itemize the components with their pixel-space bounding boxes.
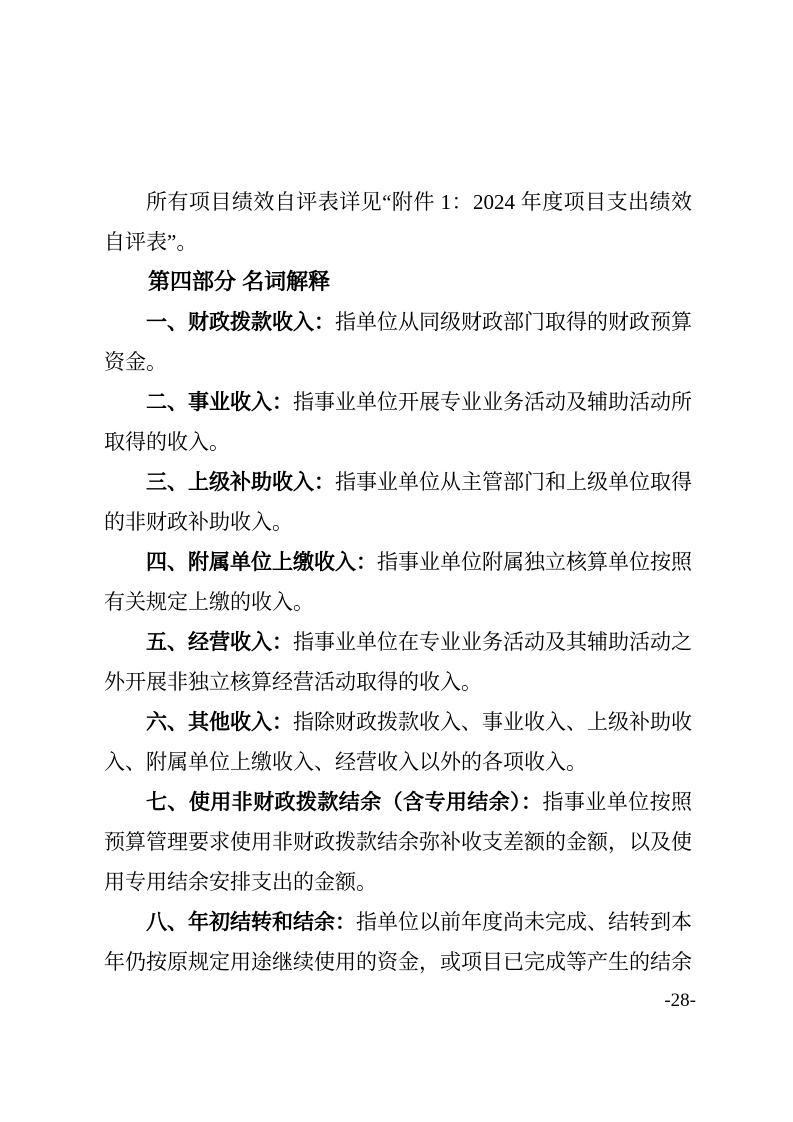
term-paragraph: 六、其他收入：指除财政拨款收入、事业收入、上级补助收入、附属单位上缴收入、经营收… [104,702,692,782]
page-body-text: 所有项目绩效自评表详见“附件 1：2024 年度项目支出绩效自评表”。 第四部分… [104,182,692,982]
section-heading: 第四部分 名词解释 [104,262,692,302]
page-number: -28- [664,990,696,1012]
term-label: 六、其他收入： [146,710,293,734]
term-paragraph: 五、经营收入：指事业单位在专业业务活动及其辅助活动之外开展非独立核算经营活动取得… [104,622,692,702]
term-label: 二、事业收入： [146,390,293,414]
term-paragraph: 三、上级补助收入：指事业单位从主管部门和上级单位取得的非财政补助收入。 [104,462,692,542]
term-label: 八、年初结转和结余： [146,910,356,934]
document-page: 所有项目绩效自评表详见“附件 1：2024 年度项目支出绩效自评表”。 第四部分… [0,0,793,1122]
term-label: 三、上级补助收入： [146,470,335,494]
term-paragraph: 七、使用非财政拨款结余（含专用结余）：指事业单位按照预算管理要求使用非财政拨款结… [104,782,692,902]
term-paragraph: 一、财政拨款收入：指单位从同级财政部门取得的财政预算资金。 [104,302,692,382]
term-paragraph: 二、事业收入：指事业单位开展专业业务活动及辅助活动所取得的收入。 [104,382,692,462]
term-label: 七、使用非财政拨款结余（含专用结余）： [146,790,542,814]
term-paragraph: 八、年初结转和结余：指单位以前年度尚未完成、结转到本年仍按原规定用途继续使用的资… [104,902,692,982]
intro-paragraph: 所有项目绩效自评表详见“附件 1：2024 年度项目支出绩效自评表”。 [104,182,692,262]
term-label: 五、经营收入： [146,630,293,654]
term-paragraph: 四、附属单位上缴收入：指事业单位附属独立核算单位按照有关规定上缴的收入。 [104,542,692,622]
term-label: 四、附属单位上缴收入： [146,550,377,574]
term-label: 一、财政拨款收入： [146,310,335,334]
